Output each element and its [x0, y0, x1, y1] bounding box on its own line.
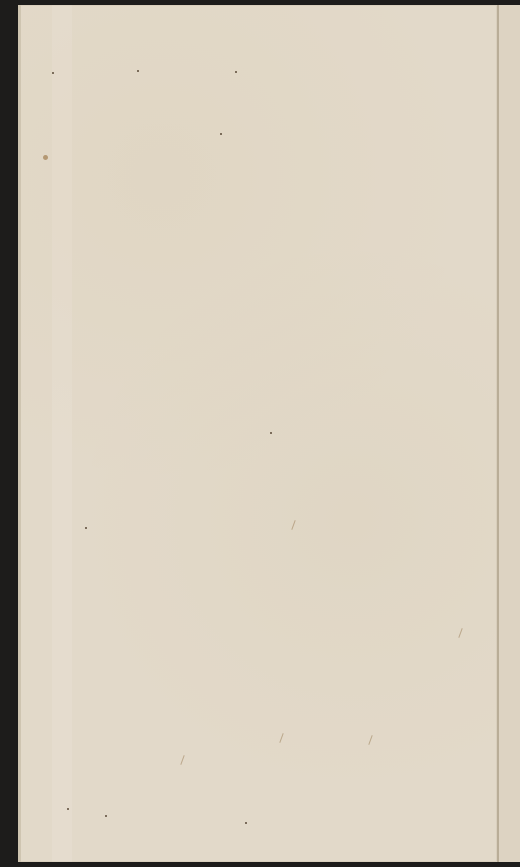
paper-speck: [270, 432, 272, 434]
paper-speck: [137, 70, 139, 72]
facing-page-edge: [499, 5, 520, 862]
paper-speck: [235, 71, 237, 73]
scan-background: [0, 0, 520, 867]
paper-speck: [105, 815, 107, 817]
paper-speck: [245, 822, 247, 824]
paper-speck: [220, 133, 222, 135]
blank-page: [18, 5, 497, 862]
page-edge: [18, 5, 21, 862]
paper-speck: [85, 527, 87, 529]
paper-speck: [67, 808, 69, 810]
paper-stain: [43, 155, 48, 160]
paper-speck: [52, 72, 54, 74]
